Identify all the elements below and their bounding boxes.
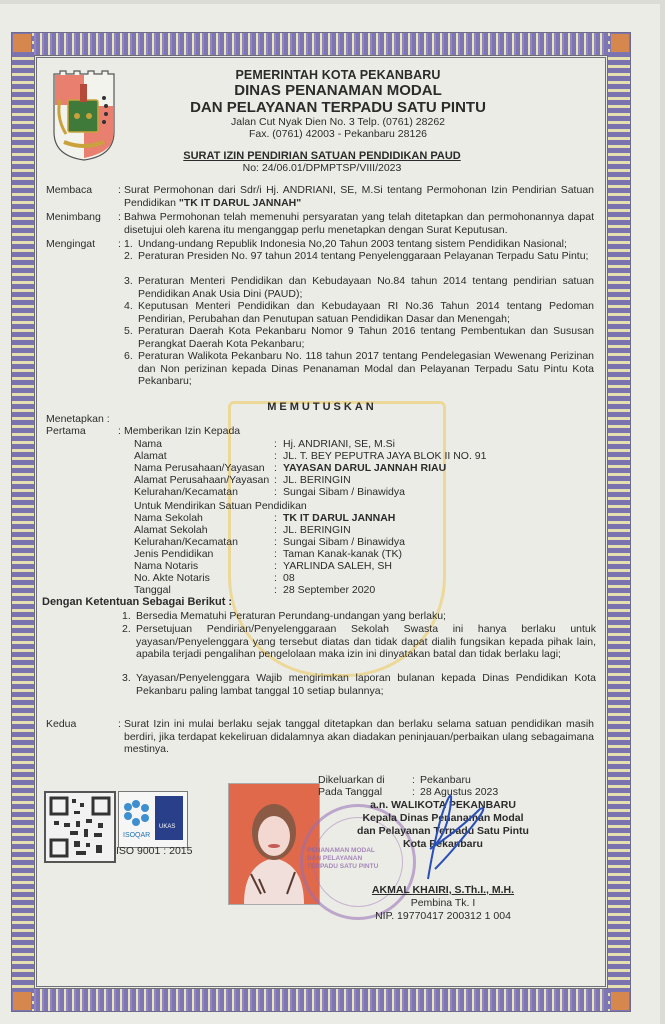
label-menimbang: Menimbang	[46, 211, 120, 224]
label-pertama: Pertama	[46, 425, 120, 438]
item-number: 4.	[124, 300, 136, 313]
label-menetapkan: Menetapkan :	[46, 413, 146, 426]
colon: :	[274, 474, 277, 487]
field-label: Alamat Sekolah	[134, 524, 274, 537]
field-value: 08	[283, 572, 603, 585]
stamp-text: PENANAMAN MODAL DAN PELAYANAN TERPADU SA…	[307, 847, 378, 871]
iso-org-label: ISOQAR	[123, 832, 150, 839]
document-number: No: 24/06.01/DPMPTSP/VIII/2023	[38, 162, 606, 174]
legal-basis-text: Peraturan Daerah Kota Pekanbaru Nomor 9 …	[138, 325, 594, 350]
field-value: JL. BERINGIN	[283, 474, 603, 487]
field-label: Nama Notaris	[134, 560, 274, 573]
kedua-text: Surat Izin ini mulai berlaku sejak tangg…	[124, 718, 594, 756]
item-number: 2.	[124, 250, 136, 263]
provision-text: Yayasan/Penyelenggara Wajib mengirimkan …	[136, 672, 596, 697]
legal-basis-text: Peraturan Menteri Pendidikan dan Kebuday…	[138, 275, 594, 300]
border-corner	[610, 33, 630, 53]
border-corner	[12, 33, 32, 53]
pertama-intro: Memberikan Izin Kepada	[124, 425, 594, 438]
section-membaca: Membaca : Surat Permohonan dari Sdr/i Hj…	[38, 184, 606, 210]
field-label: Nama Sekolah	[134, 512, 274, 525]
item-number: 3.	[124, 275, 136, 288]
qr-code-icon	[44, 791, 116, 863]
colon: :	[274, 524, 277, 537]
signer-nip: NIP. 19770417 200312 1 004	[318, 910, 568, 923]
colon: :	[274, 536, 277, 549]
field-value: Hj. ANDRIANI, SE, M.Si	[283, 438, 603, 451]
label-mengingat: Mengingat	[46, 238, 120, 251]
item-number: 1.	[124, 238, 136, 251]
document-paper: PEMERINTAH KOTA PEKANBARU DINAS PENANAMA…	[0, 4, 660, 1024]
legal-basis-text: Undang-undang Republik Indonesia No,20 T…	[138, 238, 594, 251]
field-label: Jenis Pendidikan	[134, 548, 274, 561]
label-membaca: Membaca	[46, 184, 120, 197]
border-corner	[610, 991, 630, 1011]
iso-certification-badge: ISOQAR UKAS	[118, 791, 188, 848]
field-label: Kelurahan/Kecamatan	[134, 486, 274, 499]
item-number: 3.	[122, 672, 134, 685]
colon: :	[118, 184, 121, 197]
field-value: TK IT DARUL JANNAH	[283, 512, 603, 525]
field-label: Nama Perusahaan/Yayasan	[134, 462, 274, 475]
colon: :	[274, 462, 277, 475]
border-corner	[12, 991, 32, 1011]
signer-name: AKMAL KHAIRI, S.Th.I., M.H.	[318, 884, 568, 897]
field-label: Alamat	[134, 450, 274, 463]
school-subheading: Untuk Mendirikan Satuan Pendidikan	[134, 500, 307, 513]
signature-icon	[398, 784, 508, 884]
colon: :	[274, 560, 277, 573]
header-government: PEMERINTAH KOTA PEKANBARU	[128, 68, 548, 82]
header-agency-line1: DINAS PENANAMAN MODAL	[128, 82, 548, 99]
field-value: JL. T. BEY PEPUTRA JAYA BLOK II NO. 91	[283, 450, 603, 463]
colon: :	[274, 450, 277, 463]
svg-text:UKAS: UKAS	[159, 824, 175, 830]
issued-at-label: Dikeluarkan di	[318, 774, 385, 787]
field-label: Tanggal	[134, 584, 274, 597]
field-value: JL. BERINGIN	[283, 524, 603, 537]
stamp-line: DAN PELAYANAN	[307, 855, 378, 863]
menimbang-text: Bahwa Permohonan telah memenuhi persyara…	[124, 211, 594, 236]
field-label: Nama	[134, 438, 274, 451]
document-title: SURAT IZIN PENDIRIAN SATUAN PENDIDIKAN P…	[38, 150, 606, 162]
decision-heading: MEMUTUSKAN	[38, 401, 606, 413]
school-name-quoted: "TK IT DARUL JANNAH"	[179, 197, 301, 209]
field-value: YAYASAN DARUL JANNAH RIAU	[283, 462, 603, 475]
colon: :	[274, 512, 277, 525]
section-menimbang: Menimbang : Bahwa Permohonan telah memen…	[38, 211, 606, 237]
border-left	[12, 33, 34, 1011]
legal-basis-text: Peraturan Walikota Pekanbaru No. 118 tah…	[138, 350, 594, 388]
colon: :	[274, 548, 277, 561]
colon: :	[118, 238, 121, 251]
header-address: Jalan Cut Nyak Dien No. 3 Telp. (0761) 2…	[128, 116, 548, 128]
city-crest-icon	[52, 70, 116, 162]
header-agency-line2: DAN PELAYANAN TERPADU SATU PINTU	[128, 99, 548, 116]
field-value: Sungai Sibam / Binawidya	[283, 536, 603, 549]
membaca-text: Surat Permohonan dari Sdr/i Hj. ANDRIANI…	[124, 184, 594, 209]
colon: :	[274, 486, 277, 499]
header-fax: Fax. (0761) 42003 - Pekanbaru 28126	[128, 128, 548, 140]
item-number: 6.	[124, 350, 136, 363]
field-value: Taman Kanak-kanak (TK)	[283, 548, 603, 561]
legal-basis-text: Peraturan Presiden No. 97 tahun 2014 ten…	[138, 250, 594, 263]
border-right	[608, 33, 630, 1011]
label-kedua: Kedua	[46, 718, 120, 731]
stamp-line: TERPADU SATU PINTU	[307, 863, 378, 871]
iso-caption: ISO 9001 : 2015	[116, 845, 192, 857]
field-label: No. Akte Notaris	[134, 572, 274, 585]
field-label: Kelurahan/Kecamatan	[134, 536, 274, 549]
colon: :	[274, 438, 277, 451]
colon: :	[118, 425, 121, 438]
colon: :	[274, 572, 277, 585]
colon: :	[118, 718, 121, 731]
document-title-block: SURAT IZIN PENDIRIAN SATUAN PENDIDIKAN P…	[38, 150, 606, 174]
item-number: 1.	[122, 610, 134, 623]
provisions-heading: Dengan Ketentuan Sebagai Berikut :	[42, 596, 232, 608]
letterhead: PEMERINTAH KOTA PEKANBARU DINAS PENANAMA…	[128, 68, 548, 140]
field-value: YARLINDA SALEH, SH	[283, 560, 603, 573]
provision-text: Bersedia Mematuhi Peraturan Perundang-un…	[136, 610, 596, 623]
colon: :	[118, 211, 121, 224]
provision-text: Persetujuan Pendirian/Penyelenggaraan Se…	[136, 623, 596, 661]
legal-basis-text: Keputusan Menteri Pendidikan dan Kebuday…	[138, 300, 594, 325]
colon: :	[274, 584, 277, 597]
field-value: Sungai Sibam / Binawidya	[283, 486, 603, 499]
signer-rank: Pembina Tk. I	[318, 897, 568, 910]
field-label: Alamat Perusahaan/Yayasan	[134, 474, 274, 487]
item-number: 2.	[122, 623, 134, 636]
field-value: 28 September 2020	[283, 584, 603, 597]
issued-date-label: Pada Tanggal	[318, 786, 382, 799]
item-number: 5.	[124, 325, 136, 338]
